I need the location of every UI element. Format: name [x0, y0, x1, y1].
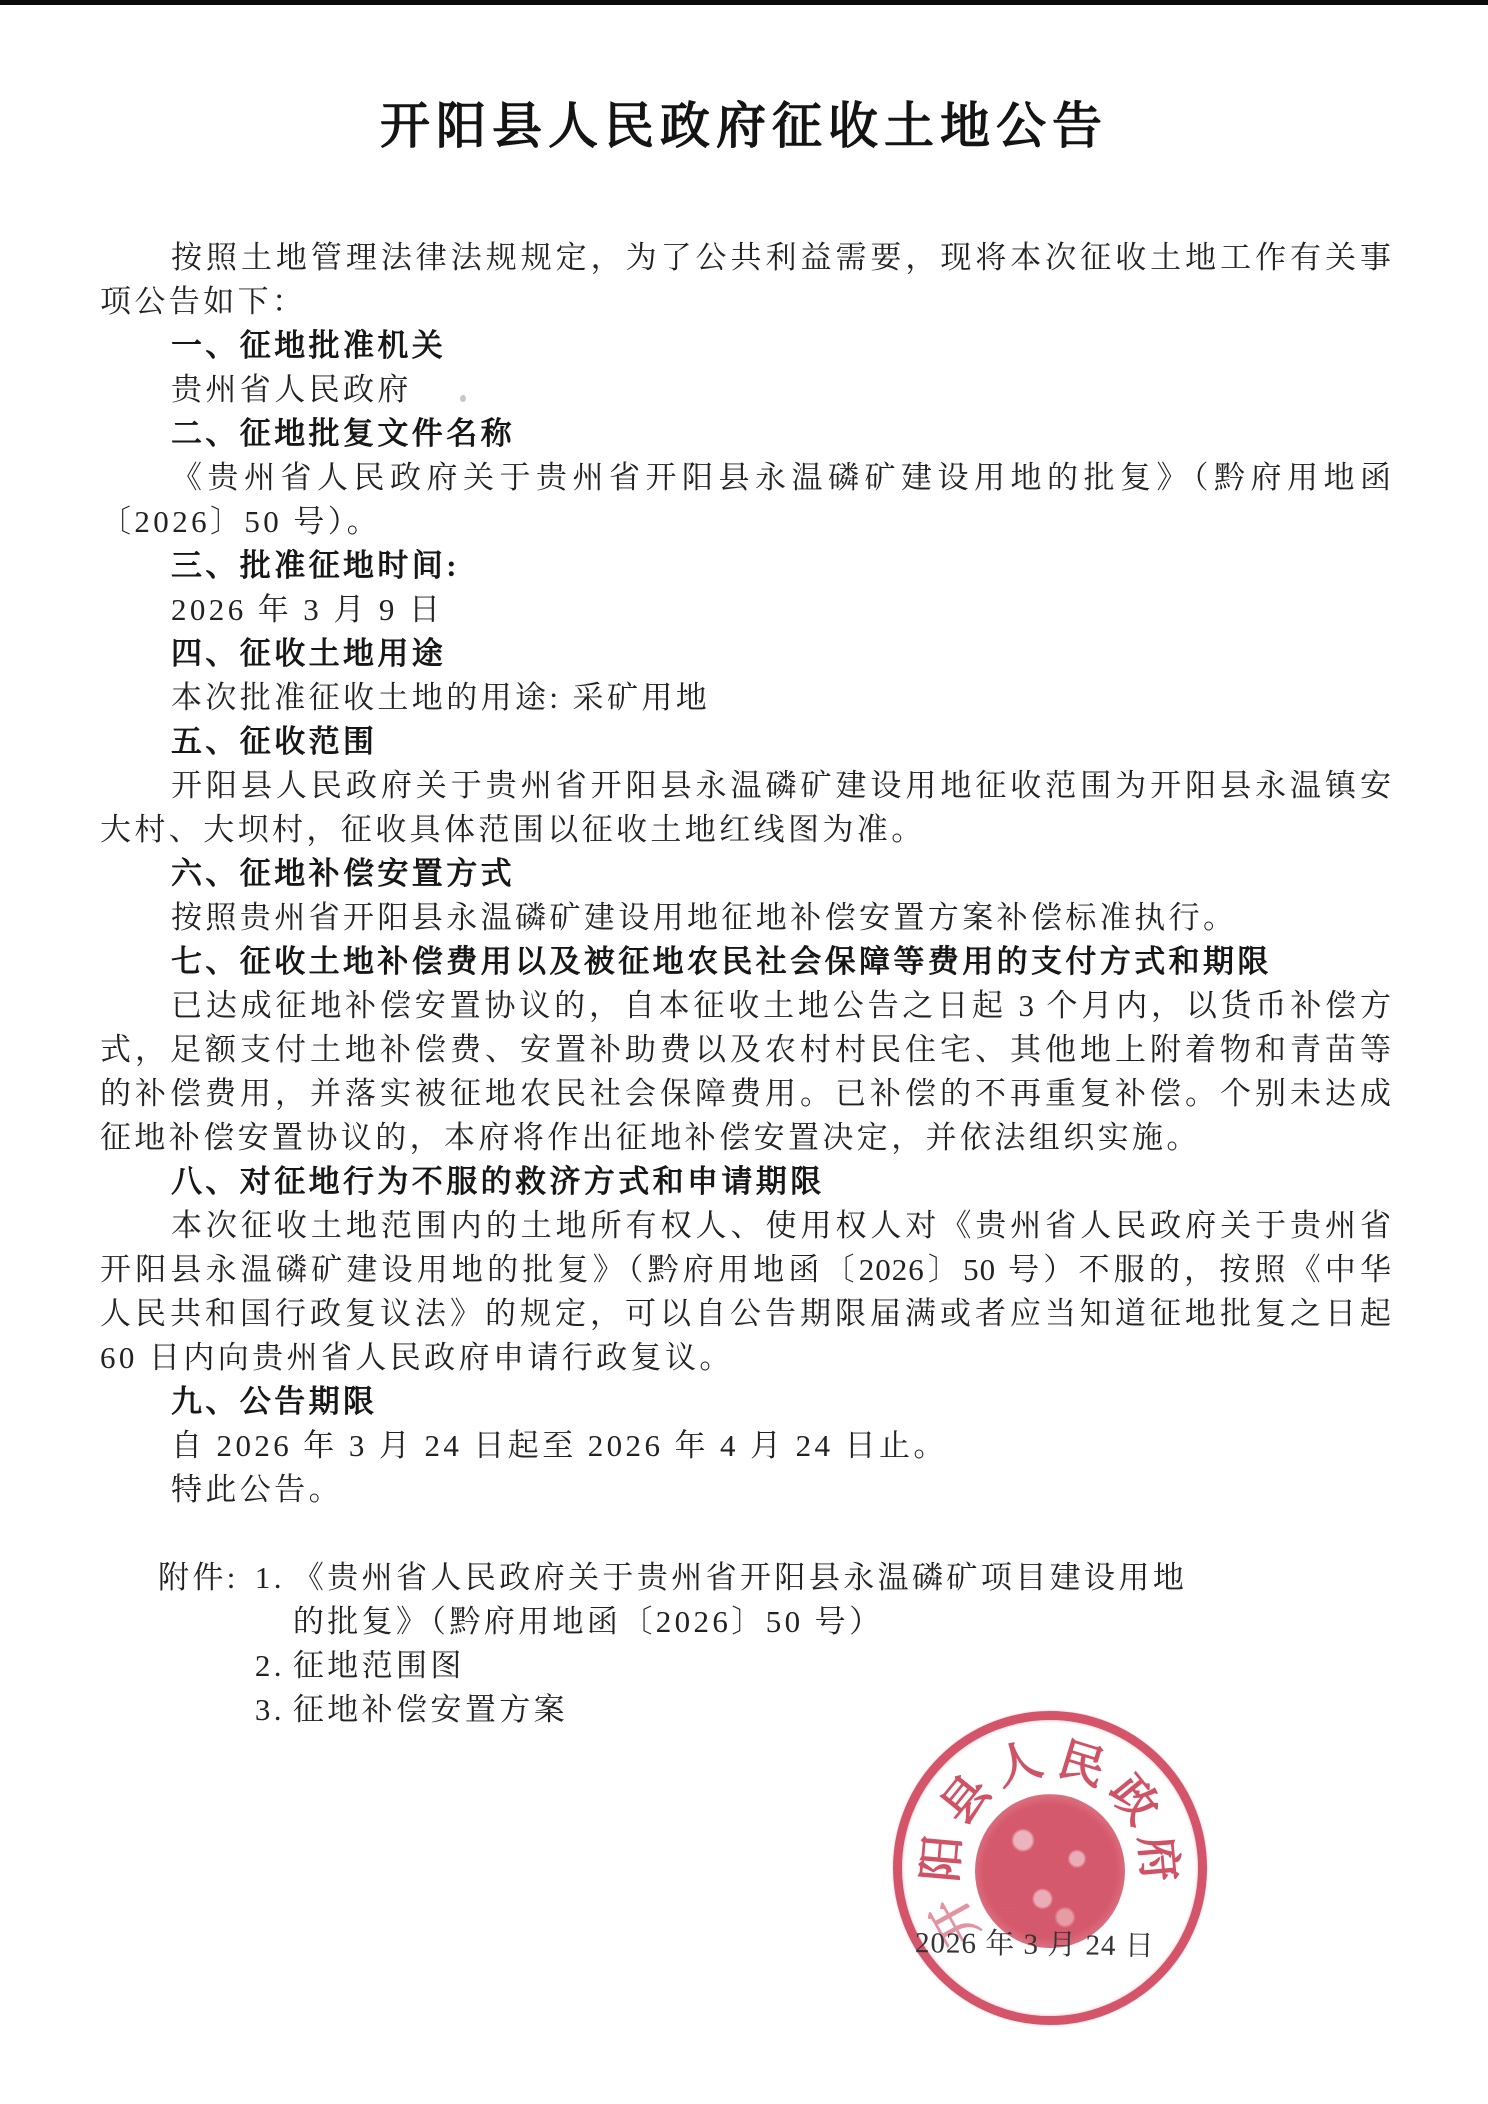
attachment-item: 3.征地补偿安置方案 [255, 1688, 1187, 1732]
scan-artifact-top-bar [0, 0, 1488, 5]
seal-ring [893, 1711, 1207, 2025]
seal-character: 人 [986, 1723, 1049, 1800]
section-heading-line: 三、批准征地时间: [100, 544, 1392, 588]
body-text-line: 贵州省人民政府 [100, 368, 1392, 412]
seal-arc-text: 开阳县人民政府 [893, 1711, 1207, 2025]
body-text-line: 自 2026 年 3 月 24 日起至 2026 年 4 月 24 日止。 [100, 1424, 1392, 1468]
attachment-text-line: 《贵州省人民政府关于贵州省开阳县永温磷矿项目建设用地 [293, 1556, 1187, 1600]
official-seal: 开阳县人民政府 [893, 1711, 1207, 2025]
body-text-line: 按照土地管理法律法规规定，为了公共利益需要，现将本次征收土地工作有关事 [100, 236, 1392, 280]
body-text-line: 征地补偿安置协议的，本府将作出征地补偿安置决定，并依法组织实施。 [100, 1116, 1392, 1160]
section-heading-line: 八、对征地行为不服的救济方式和申请期限 [100, 1160, 1392, 1204]
body-text-line: 60 日内向贵州省人民政府申请行政复议。 [100, 1336, 1392, 1380]
body-text-line: 特此公告。 [100, 1468, 1392, 1512]
seal-character: 民 [1051, 1723, 1114, 1800]
body-text-line: 〔2026〕50 号）。 [100, 500, 1392, 544]
content-lines: 按照土地管理法律法规规定，为了公共利益需要，现将本次征收土地工作有关事项公告如下… [100, 236, 1392, 1512]
body-text-line: 人民共和国行政复议法》的规定，可以自公告期限届满或者应当知道征地批复之日起 [100, 1292, 1392, 1336]
attachment-item-text: 征地补偿安置方案 [293, 1688, 568, 1732]
section-heading-line: 五、征收范围 [100, 720, 1392, 764]
body-text-line: 本次征收土地范围内的土地所有权人、使用权人对《贵州省人民政府关于贵州省 [100, 1204, 1392, 1248]
announcement-page: 开阳县人民政府征收土地公告 按照土地管理法律法规规定，为了公共利益需要，现将本次… [0, 0, 1488, 2104]
body-text-line: 的补偿费用，并落实被征地农民社会保障费用。已补偿的不再重复补偿。个别未达成 [100, 1072, 1392, 1116]
body-text-line: 2026 年 3 月 9 日 [100, 588, 1392, 632]
document-body: 按照土地管理法律法规规定，为了公共利益需要，现将本次征收土地工作有关事项公告如下… [100, 236, 1392, 1732]
body-text-line: 开阳县人民政府关于贵州省开阳县永温磷矿建设用地征收范围为开阳县永温镇安 [100, 764, 1392, 808]
body-text-line: 式，足额支付土地补偿费、安置补助费以及农村村民住宅、其他地上附着物和青苗等 [100, 1028, 1392, 1072]
seal-date: 2026 年 3 月 24 日 [915, 1920, 1186, 1965]
attachment-item: 2.征地范围图 [255, 1644, 1187, 1688]
attachment-items: 1.《贵州省人民政府关于贵州省开阳县永温磷矿项目建设用地的批复》（黔府用地函〔2… [255, 1556, 1187, 1732]
attachment-item-number: 1. [255, 1556, 293, 1644]
attachment-block: 附件: 1.《贵州省人民政府关于贵州省开阳县永温磷矿项目建设用地的批复》（黔府用… [158, 1556, 1392, 1732]
attachment-text-line: 的批复》（黔府用地函〔2026〕50 号） [293, 1600, 1187, 1644]
section-heading-line: 一、征地批准机关 [100, 324, 1392, 368]
attachment-item-number: 2. [255, 1644, 293, 1688]
page-title: 开阳县人民政府征收土地公告 [0, 86, 1488, 158]
body-text-line: 大村、大坝村，征收具体范围以征收土地红线图为准。 [100, 808, 1392, 852]
attachment-item-text: 《贵州省人民政府关于贵州省开阳县永温磷矿项目建设用地的批复》（黔府用地函〔202… [293, 1556, 1187, 1644]
seal-character: 政 [1097, 1759, 1177, 1836]
scan-speck [460, 395, 466, 402]
section-heading-line: 二、征地批复文件名称 [100, 412, 1392, 456]
body-text-line: 项公告如下： [100, 280, 1392, 324]
seal-character: 阳 [904, 1832, 974, 1884]
attachment-item: 1.《贵州省人民政府关于贵州省开阳县永温磷矿项目建设用地的批复》（黔府用地函〔2… [255, 1556, 1187, 1644]
section-heading-line: 九、公告期限 [100, 1380, 1392, 1424]
seal-character: 县 [923, 1759, 1003, 1836]
attachment-text-line: 征地范围图 [293, 1644, 465, 1688]
attachment-label: 附件: [158, 1556, 239, 1732]
section-heading-line: 四、征收土地用途 [100, 632, 1392, 676]
attachment-item-number: 3. [255, 1688, 293, 1732]
body-text-line: 本次批准征收土地的用途: 采矿用地 [100, 676, 1392, 720]
body-text-line: 《贵州省人民政府关于贵州省开阳县永温磷矿建设用地的批复》（黔府用地函 [100, 456, 1392, 500]
seal-character: 府 [1127, 1832, 1197, 1884]
body-text-line: 按照贵州省开阳县永温磷矿建设用地征地补偿安置方案补偿标准执行。 [100, 896, 1392, 940]
attachment-item-text: 征地范围图 [293, 1644, 465, 1688]
section-heading-line: 七、征收土地补偿费用以及被征地农民社会保障等费用的支付方式和期限 [100, 940, 1392, 984]
section-heading-line: 六、征地补偿安置方式 [100, 852, 1392, 896]
body-text-line: 已达成征地补偿安置协议的，自本征收土地公告之日起 3 个月内，以货币补偿方 [100, 984, 1392, 1028]
body-text-line: 开阳县永温磷矿建设用地的批复》（黔府用地函〔2026〕50 号）不服的，按照《中… [100, 1248, 1392, 1292]
attachment-text-line: 征地补偿安置方案 [293, 1688, 568, 1732]
